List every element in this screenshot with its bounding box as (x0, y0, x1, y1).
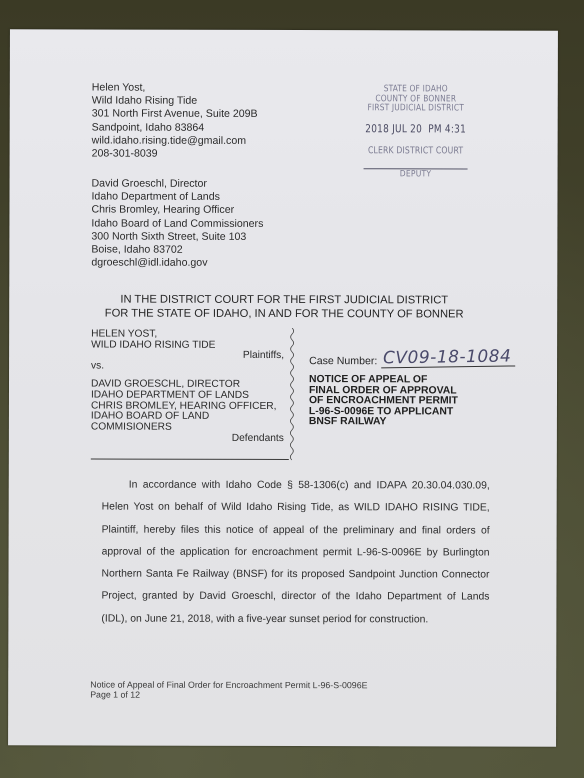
address-line: Helen Yost, (92, 81, 258, 95)
case-number-handwritten: CV09-18-1084 (381, 347, 516, 368)
case-number-label: Case Number: (309, 355, 377, 367)
address-line: David Groeschl, Director (92, 177, 264, 191)
plaintiffs-label: Plaintiffs, (91, 351, 286, 362)
address-line: Wild Idaho Rising Tide (92, 95, 258, 109)
defendant-name: COMMISIONERS (91, 422, 286, 433)
court-filing-stamp: STATE OF IDAHO COUNTY OF BONNER FIRST JU… (350, 85, 482, 179)
case-caption-details: Case Number: CV09-18-1084 NOTICE OF APPE… (309, 348, 539, 429)
address-line: Boise, Idaho 83702 (91, 244, 263, 258)
address-line: dgroeschl@idl.idaho.gov (91, 257, 263, 271)
address-line: Sandpoint, Idaho 83864 (92, 121, 258, 135)
stamp-date: 2018 JUL 20 PM 4:31 (356, 123, 475, 135)
document-page: Helen Yost, Wild Idaho Rising Tide 301 N… (8, 29, 558, 746)
court-heading: IN THE DISTRICT COURT FOR THE FIRST JUDI… (49, 292, 519, 321)
address-line: wild.idaho.rising.tide@gmail.com (92, 134, 258, 148)
case-caption-parties: HELEN YOST, WILD IDAHO RISING TIDE Plain… (91, 329, 286, 444)
address-line: Idaho Board of Land Commissioners (91, 217, 263, 231)
defendant-address-block: David Groeschl, Director Idaho Departmen… (91, 177, 263, 270)
body-paragraph-text: In accordance with Idaho Code § 58-1306(… (101, 480, 489, 626)
notice-title: NOTICE OF APPEAL OF FINAL ORDER OF APPRO… (309, 375, 539, 429)
address-line: Idaho Department of Lands (91, 191, 263, 205)
stamp-line: FIRST JUDICIAL DISTRICT (355, 104, 476, 114)
case-number-row: Case Number: CV09-18-1084 (309, 348, 539, 368)
court-heading-line: IN THE DISTRICT COURT FOR THE FIRST JUDI… (49, 292, 519, 307)
address-line: 300 North Sixth Street, Suite 103 (91, 230, 263, 244)
versus-label: vs. (91, 361, 286, 372)
stamp-clerk: CLERK DISTRICT COURT (356, 145, 475, 156)
defendants-label: Defendants (91, 434, 286, 445)
court-heading-line: FOR THE STATE OF IDAHO, IN AND FOR THE C… (49, 306, 519, 321)
address-line: 301 North First Avenue, Suite 209B (92, 108, 258, 122)
caption-underline (91, 458, 289, 460)
body-paragraph: In accordance with Idaho Code § 58-1306(… (101, 475, 489, 632)
plaintiff-address-block: Helen Yost, Wild Idaho Rising Tide 301 N… (92, 81, 258, 161)
page-footer: Notice of Appeal of Final Order for Encr… (90, 679, 367, 700)
stamp-deputy: DEPUTY (350, 169, 482, 179)
footer-title: Notice of Appeal of Final Order for Encr… (90, 679, 367, 690)
address-line: 208-301-8039 (92, 148, 258, 162)
caption-brace-divider (289, 328, 297, 462)
page-number: Page 1 of 12 (90, 690, 367, 701)
notice-title-line: BNSF RAILWAY (309, 417, 539, 428)
address-line: Chris Bromley, Hearing Officer (91, 204, 263, 218)
